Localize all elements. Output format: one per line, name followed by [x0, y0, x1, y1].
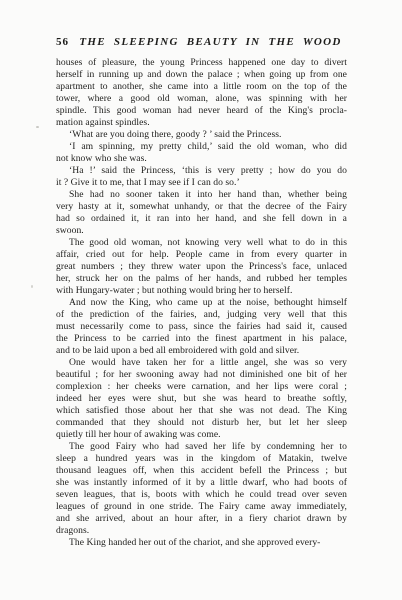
- text-line: leagues of ground in one stride. The Fai…: [56, 501, 347, 513]
- text-line: sleep a hundred years was in the kingdom…: [56, 453, 347, 465]
- text-line: The good old woman, not knowing very wel…: [56, 237, 347, 249]
- text-line: The good Fairy who had saved her life by…: [56, 441, 347, 453]
- text-line: herself in running up and down the palac…: [56, 69, 347, 81]
- paragraph: And now the King, who came up at the noi…: [56, 297, 347, 357]
- text-line: mation against spindles.: [56, 117, 347, 129]
- text-line: beautiful ; for her swooning away had no…: [56, 369, 347, 381]
- text-line: quietly till her hour of awaking was com…: [56, 429, 347, 441]
- text-line: of the prediction of the fairies, and, j…: [56, 309, 347, 321]
- text-line: swoon.: [56, 225, 347, 237]
- text-line: very hasty at it, somewhat unhandy, or t…: [56, 201, 347, 213]
- paragraph: The good Fairy who had saved her life by…: [56, 441, 347, 537]
- text-line: and to be laid upon a bed all embroidere…: [56, 345, 347, 357]
- scan-speck: [36, 126, 39, 128]
- text-line: apartment to another, she came into a li…: [56, 81, 347, 93]
- paragraph: She had no sooner taken it into her hand…: [56, 189, 347, 237]
- paragraph: ‘I am spinning, my pretty child,’ said t…: [56, 141, 347, 165]
- running-title: THE SLEEPING BEAUTY IN THE WOOD: [74, 36, 347, 48]
- paragraph: The good old woman, not knowing very wel…: [56, 237, 347, 297]
- text-line: had so ordained it, it ran into her hand…: [56, 213, 347, 225]
- book-page: 56 THE SLEEPING BEAUTY IN THE WOOD house…: [0, 0, 402, 600]
- text-line: The King handed her out of the chariot, …: [56, 537, 347, 549]
- paragraph: houses of pleasure, the young Princess h…: [56, 57, 347, 129]
- text-line: seven leagues, that is, boots with which…: [56, 489, 347, 501]
- text-line: and she arrived, about an hour after, in…: [56, 513, 347, 525]
- paragraph: One would have taken her for a little an…: [56, 357, 347, 441]
- paragraph: The King handed her out of the chariot, …: [56, 537, 347, 549]
- text-line: she was instantly informed of it by a li…: [56, 477, 347, 489]
- text-line: She had no sooner taken it into her hand…: [56, 189, 347, 201]
- text-line: her, struck her on the palms of her hand…: [56, 273, 347, 285]
- paragraph: ‘What are you doing there, goody ? ’ sai…: [56, 129, 347, 141]
- text-line: complexion : her cheeks were carnation, …: [56, 381, 347, 393]
- text-line: must necessarily come to pass, since the…: [56, 321, 347, 333]
- text-line: which satisfied those about her that she…: [56, 405, 347, 417]
- text-line: ‘I am spinning, my pretty child,’ said t…: [56, 141, 347, 153]
- text-line: And now the King, who came up at the noi…: [56, 297, 347, 309]
- text-line: affair, cried out for help. People came …: [56, 249, 347, 261]
- text-line: great numbers ; they threw water upon th…: [56, 261, 347, 273]
- text-line: it ? Give it to me, that I may see if I …: [56, 177, 347, 189]
- text-line: with Hungary-water ; but nothing would b…: [56, 285, 347, 297]
- text-line: commanded that they should not disturb h…: [56, 417, 347, 429]
- paragraph: ‘Ha !’ said the Princess, ‘this is very …: [56, 165, 347, 189]
- text-line: ‘Ha !’ said the Princess, ‘this is very …: [56, 165, 347, 177]
- text-line: not know who she was.: [56, 153, 347, 165]
- text-body: houses of pleasure, the young Princess h…: [56, 57, 347, 549]
- text-line: houses of pleasure, the young Princess h…: [56, 57, 347, 69]
- text-line: tower, where a good old woman, alone, wa…: [56, 93, 347, 105]
- text-line: the Princess to be carried into the fine…: [56, 333, 347, 345]
- text-line: ‘What are you doing there, goody ? ’ sai…: [56, 129, 347, 141]
- page-number: 56: [56, 36, 69, 48]
- text-line: spindle. This good woman had never heard…: [56, 105, 347, 117]
- text-line: One would have taken her for a little an…: [56, 357, 347, 369]
- text-line: dragons.: [56, 525, 347, 537]
- text-line: thousand leagues off, when this accident…: [56, 465, 347, 477]
- text-line: indeed her eyes were shut, but she was h…: [56, 393, 347, 405]
- scan-speck: [31, 285, 33, 288]
- page-header: 56 THE SLEEPING BEAUTY IN THE WOOD: [56, 36, 347, 51]
